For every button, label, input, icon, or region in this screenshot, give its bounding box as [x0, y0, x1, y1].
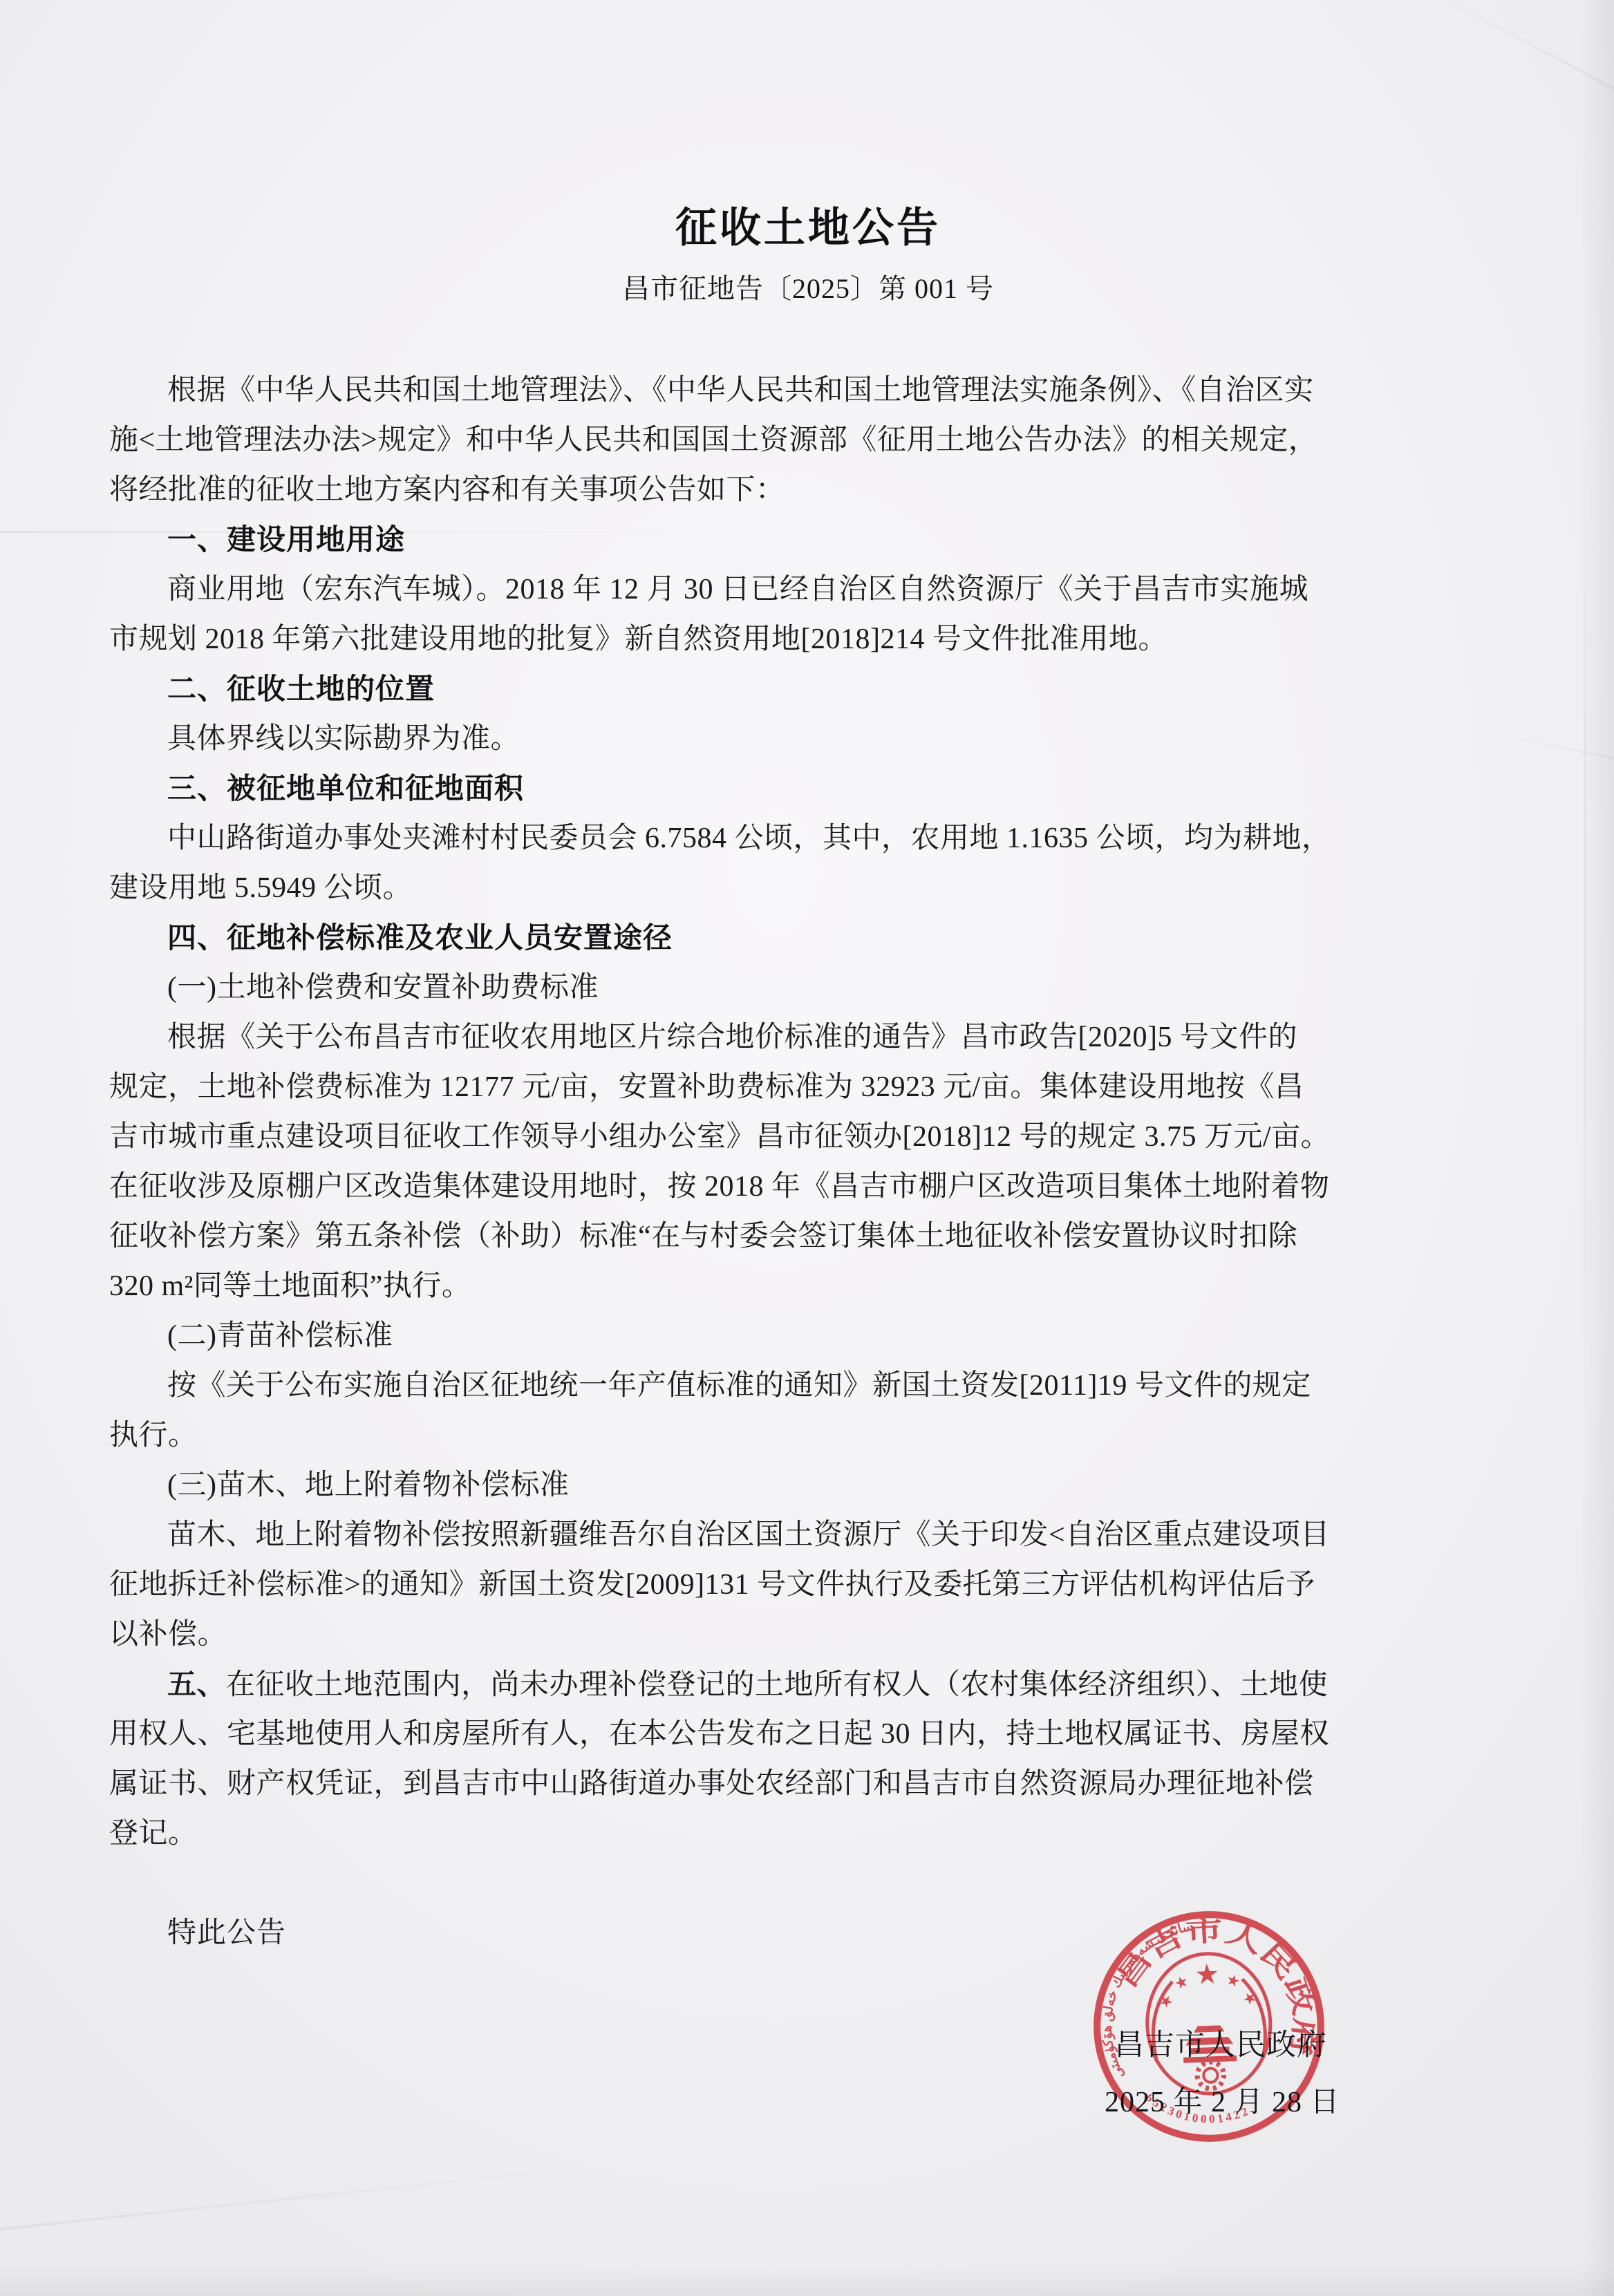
body-line: 320 m²同等土地面积”执行。: [109, 1261, 1533, 1311]
body-line: 以补偿。: [109, 1610, 1533, 1659]
section-heading-4: 四、征地补偿标准及农业人员安置途径: [109, 913, 1533, 963]
body-line-section-5: 五、在征收土地范围内，尚未办理补偿登记的土地所有权人（农村集体经济组织）、土地使: [109, 1659, 1533, 1709]
body-line: 市规划 2018 年第六批建设用地的批复》新自然资用地[2018]214 号文件…: [109, 614, 1533, 664]
document-number: 昌市征地告〔2025〕第 001 号: [109, 272, 1507, 305]
scan-shadow-bottom-edge: [0, 2267, 1614, 2296]
scan-shadow-right-edge: [1579, 0, 1614, 2296]
body-line: 商业用地（宏东汽车城）。2018 年 12 月 30 日已经自治区自然资源厅《关…: [109, 565, 1533, 614]
body-line: 将经批准的征收土地方案内容和有关事项公告如下：: [109, 465, 1533, 515]
scanned-document-page: 征收土地公告 昌市征地告〔2025〕第 001 号 根据《中华人民共和国土地管理…: [0, 0, 1614, 2296]
section-heading-1: 一、建设用地用途: [109, 515, 1533, 565]
body-line: 执行。: [109, 1411, 1533, 1460]
body-line: 属证书、财产权凭证，到昌吉市中山路街道办事处农经部门和昌吉市自然资源局办理征地补…: [109, 1759, 1533, 1809]
emblem-gear-hub: [1203, 2068, 1218, 2082]
body-line: 用权人、宅基地使用人和房屋所有人，在本公告发布之日起 30 日内，持土地权属证书…: [109, 1709, 1533, 1759]
body-line: 在征收涉及原棚户区改造集体建设用地时，按 2018 年《昌吉市棚户区改造项目集体…: [109, 1162, 1533, 1212]
body-line: 具体界线以实际勘界为准。: [109, 714, 1533, 764]
announcement-body: 根据《中华人民共和国土地管理法》、《中华人民共和国土地管理法实施条例》、《自治区…: [109, 366, 1533, 1859]
body-line: 吉市城市重点建设项目征收工作领导小组办公室》昌市征领办[2018]12 号的规定…: [109, 1112, 1533, 1162]
page-title: 征收土地公告: [109, 205, 1507, 252]
body-line: 中山路街道办事处夹滩村村民委员会 6.7584 公顷，其中，农用地 1.1635…: [109, 813, 1533, 863]
issue-date: 2025 年 2 月 28 日: [1105, 2086, 1353, 2119]
issuer-signature: 昌吉市人民政府: [1114, 2029, 1342, 2062]
closing-statement: 特此公告: [167, 1908, 286, 1958]
section-heading-2: 二、征收土地的位置: [109, 664, 1533, 714]
section-heading-3: 三、被征地单位和征地面积: [109, 764, 1533, 813]
body-line: 规定，土地补偿费标准为 12177 元/亩，安置补助费标准为 32923 元/亩…: [109, 1062, 1533, 1112]
body-line: 苗木、地上附着物补偿按照新疆维吾尔自治区国土资源厅《关于印发<自治区重点建设项目: [109, 1510, 1533, 1560]
body-line: 根据《关于公布昌吉市征收农用地区片综合地价标准的通告》昌市政告[2020]5 号…: [109, 1013, 1533, 1062]
body-line: 征收补偿方案》第五条补偿（补助）标准“在与村委会签订集体土地征收补偿安置协议时扣…: [109, 1212, 1533, 1261]
crease-top-right: [1387, 0, 1614, 119]
emblem-big-star: [1196, 1963, 1218, 1984]
crease-bottom-left: [0, 2165, 593, 2233]
body-line: 根据《中华人民共和国土地管理法》、《中华人民共和国土地管理法实施条例》、《自治区…: [109, 366, 1533, 415]
body-line: (一)土地补偿费和安置补助费标准: [109, 963, 1533, 1013]
body-line: (三)苗木、地上附着物补偿标准: [109, 1460, 1533, 1510]
crease-right-vertical: [1584, 429, 1586, 1431]
section-5-label: 五、: [167, 1668, 226, 1700]
body-line: 建设用地 5.5949 公顷。: [109, 863, 1533, 913]
body-line: 征地拆迁补偿标准>的通知》新国土资发[2009]131 号文件执行及委托第三方评…: [109, 1560, 1533, 1610]
body-line: 登记。: [109, 1809, 1533, 1859]
body-line: (二)青苗补偿标准: [109, 1311, 1533, 1361]
emblem-gear: [1197, 2062, 1225, 2089]
body-line: 按《关于公布实施自治区征地统一年产值标准的通知》新国土资发[2011]19 号文…: [109, 1361, 1533, 1411]
body-line: 施<土地管理法办法>规定》和中华人民共和国国土资源部《征用土地公告办法》的相关规…: [109, 415, 1533, 465]
emblem-small-star: [1174, 1975, 1189, 1990]
emblem-small-star: [1226, 1973, 1241, 1988]
body-line-text: 在征收土地范围内，尚未办理补偿登记的土地所有权人（农村集体经济组织）、土地使: [226, 1669, 1328, 1701]
